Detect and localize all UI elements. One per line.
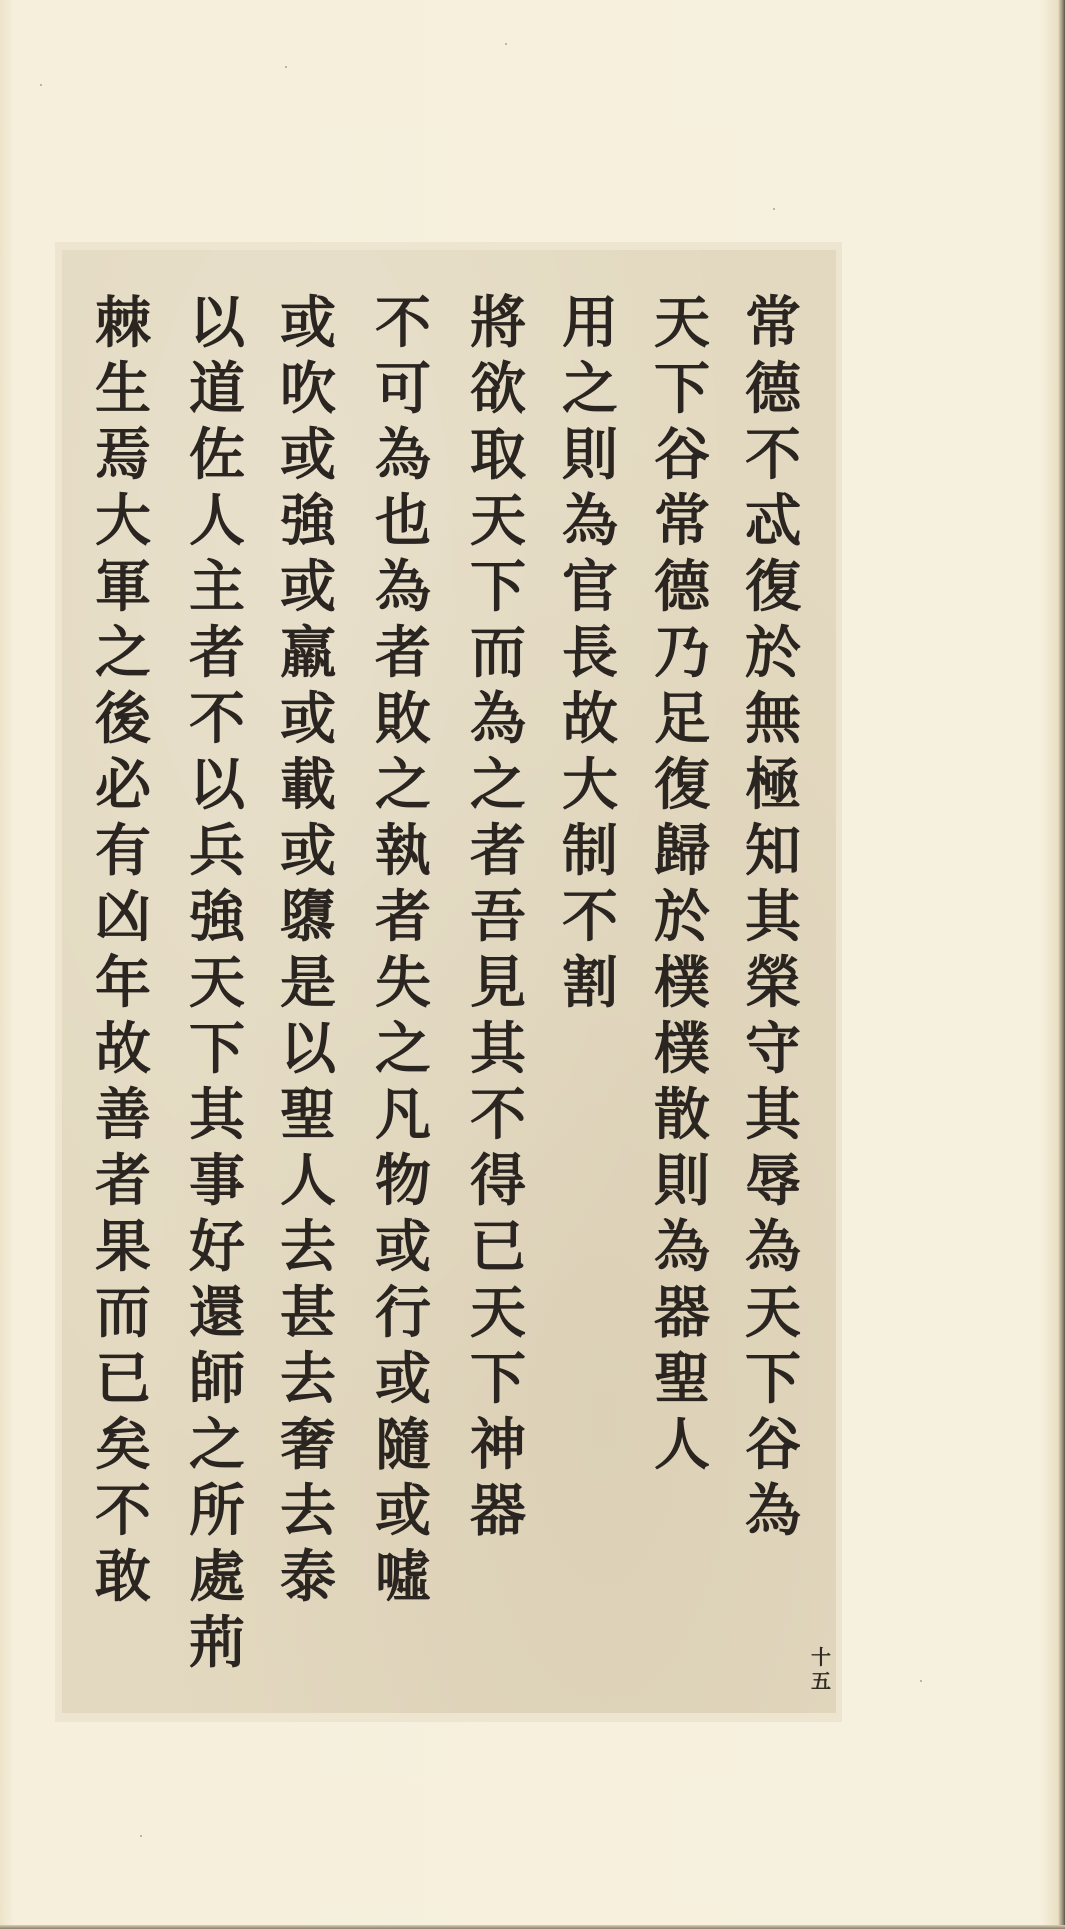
- calligraphy-character: 不: [366, 290, 440, 356]
- calligraphy-character: 善: [86, 1082, 160, 1148]
- calligraphy-character: 之: [366, 752, 440, 818]
- calligraphy-character: 者: [366, 884, 440, 950]
- calligraphy-character: 不: [461, 1082, 535, 1148]
- calligraphy-character: 將: [461, 290, 535, 356]
- calligraphy-character: 強: [180, 884, 254, 950]
- calligraphy-character: 或: [366, 1346, 440, 1412]
- calligraphy-character: 為: [553, 488, 627, 554]
- calligraphy-character: 常: [736, 290, 810, 356]
- calligraphy-character: 谷: [645, 422, 719, 488]
- calligraphy-character: 敢: [86, 1544, 160, 1610]
- calligraphy-character: 去: [271, 1478, 345, 1544]
- text-column-1: 常德不忒復於無極知其榮守其辱為天下谷為: [728, 290, 818, 1544]
- calligraphy-character: 好: [180, 1214, 254, 1280]
- paper-speck: [40, 84, 42, 86]
- text-column-4: 將欲取天下而為之者吾見其不得已天下神器: [453, 290, 543, 1544]
- calligraphy-character: 常: [645, 488, 719, 554]
- calligraphy-character: 之: [86, 620, 160, 686]
- calligraphy-character: 生: [86, 356, 160, 422]
- calligraphy-character: 噓: [366, 1544, 440, 1610]
- calligraphy-character: 後: [86, 686, 160, 752]
- calligraphy-character: 棘: [86, 290, 160, 356]
- calligraphy-character: 軍: [86, 554, 160, 620]
- calligraphy-character: 下: [180, 1016, 254, 1082]
- calligraphy-character: 德: [645, 554, 719, 620]
- calligraphy-character: 人: [271, 1148, 345, 1214]
- calligraphy-character: 故: [86, 1016, 160, 1082]
- calligraphy-character: 之: [461, 752, 535, 818]
- calligraphy-character: 事: [180, 1148, 254, 1214]
- calligraphy-character: 為: [461, 686, 535, 752]
- calligraphy-character: 人: [180, 488, 254, 554]
- calligraphy-character: 其: [461, 1016, 535, 1082]
- calligraphy-character: 榮: [736, 950, 810, 1016]
- calligraphy-character: 散: [645, 1082, 719, 1148]
- calligraphy-character: 下: [645, 356, 719, 422]
- calligraphy-character: 下: [461, 554, 535, 620]
- calligraphy-character: 以: [180, 752, 254, 818]
- calligraphy-character: 或: [271, 818, 345, 884]
- calligraphy-character: 下: [736, 1346, 810, 1412]
- paper-speck: [920, 1680, 922, 1682]
- calligraphy-character: 年: [86, 950, 160, 1016]
- calligraphy-character: 或: [271, 290, 345, 356]
- calligraphy-character: 德: [736, 356, 810, 422]
- calligraphy-character: 隳: [271, 884, 345, 950]
- calligraphy-character: 不: [553, 884, 627, 950]
- calligraphy-character: 欲: [461, 356, 535, 422]
- calligraphy-character: 必: [86, 752, 160, 818]
- page-number: 十五: [806, 1645, 836, 1693]
- text-column-8: 棘生焉大軍之後必有凶年故善者果而已矣不敢: [78, 290, 168, 1610]
- page-edge: [0, 1925, 1065, 1929]
- calligraphy-character: 天: [461, 488, 535, 554]
- calligraphy-character: 不: [86, 1478, 160, 1544]
- calligraphy-character: 奢: [271, 1412, 345, 1478]
- calligraphy-character: 所: [180, 1478, 254, 1544]
- calligraphy-character: 用: [553, 290, 627, 356]
- calligraphy-character: 以: [271, 1016, 345, 1082]
- calligraphy-character: 天: [645, 290, 719, 356]
- calligraphy-character: 辱: [736, 1148, 810, 1214]
- calligraphy-character: 師: [180, 1346, 254, 1412]
- calligraphy-character: 為: [366, 422, 440, 488]
- calligraphy-character: 故: [553, 686, 627, 752]
- calligraphy-character: 乃: [645, 620, 719, 686]
- calligraphy-character: 吹: [271, 356, 345, 422]
- calligraphy-character: 敗: [366, 686, 440, 752]
- text-column-3: 用之則為官長故大制不割: [545, 290, 635, 1016]
- calligraphy-character: 於: [736, 620, 810, 686]
- calligraphy-character: 聖: [271, 1082, 345, 1148]
- calligraphy-character: 是: [271, 950, 345, 1016]
- calligraphy-character: 者: [86, 1148, 160, 1214]
- calligraphy-character: 物: [366, 1148, 440, 1214]
- calligraphy-character: 行: [366, 1280, 440, 1346]
- calligraphy-character: 矣: [86, 1412, 160, 1478]
- calligraphy-character: 樸: [645, 1016, 719, 1082]
- calligraphy-character: 以: [180, 290, 254, 356]
- calligraphy-character: 無: [736, 686, 810, 752]
- calligraphy-character: 主: [180, 554, 254, 620]
- calligraphy-character: 之: [180, 1412, 254, 1478]
- calligraphy-character: 不: [736, 422, 810, 488]
- calligraphy-character: 聖: [645, 1346, 719, 1412]
- calligraphy-character: 官: [553, 554, 627, 620]
- calligraphy-character: 人: [645, 1412, 719, 1478]
- calligraphy-character: 泰: [271, 1544, 345, 1610]
- calligraphy-character: 極: [736, 752, 810, 818]
- calligraphy-character: 守: [736, 1016, 810, 1082]
- calligraphy-character: 者: [366, 620, 440, 686]
- calligraphy-character: 歸: [645, 818, 719, 884]
- calligraphy-character: 知: [736, 818, 810, 884]
- calligraphy-character: 樸: [645, 950, 719, 1016]
- calligraphy-character: 已: [461, 1214, 535, 1280]
- calligraphy-character: 天: [736, 1280, 810, 1346]
- calligraphy-character: 或: [271, 554, 345, 620]
- calligraphy-character: 復: [736, 554, 810, 620]
- calligraphy-character: 凡: [366, 1082, 440, 1148]
- calligraphy-character: 足: [645, 686, 719, 752]
- calligraphy-character: 而: [461, 620, 535, 686]
- calligraphy-character: 器: [461, 1478, 535, 1544]
- text-column-2: 天下谷常德乃足復歸於樸樸散則為器聖人: [637, 290, 727, 1478]
- calligraphy-character: 已: [86, 1346, 160, 1412]
- calligraphy-character: 其: [180, 1082, 254, 1148]
- calligraphy-character: 載: [271, 752, 345, 818]
- calligraphy-character: 羸: [271, 620, 345, 686]
- calligraphy-character: 則: [553, 422, 627, 488]
- page-number-character: 五: [811, 1669, 831, 1693]
- paper-speck: [773, 208, 775, 210]
- calligraphy-character: 則: [645, 1148, 719, 1214]
- calligraphy-character: 者: [461, 818, 535, 884]
- calligraphy-character: 也: [366, 488, 440, 554]
- calligraphy-character: 不: [180, 686, 254, 752]
- calligraphy-character: 或: [271, 686, 345, 752]
- calligraphy-character: 可: [366, 356, 440, 422]
- text-column-6: 或吹或強或羸或載或隳是以聖人去甚去奢去泰: [263, 290, 353, 1610]
- calligraphy-character: 或: [366, 1478, 440, 1544]
- calligraphy-character: 大: [553, 752, 627, 818]
- calligraphy-character: 神: [461, 1412, 535, 1478]
- paper-speck: [140, 1835, 142, 1837]
- calligraphy-character: 其: [736, 1082, 810, 1148]
- calligraphy-character: 天: [180, 950, 254, 1016]
- calligraphy-character: 或: [271, 422, 345, 488]
- calligraphy-character: 天: [461, 1280, 535, 1346]
- calligraphy-character: 有: [86, 818, 160, 884]
- calligraphy-character: 道: [180, 356, 254, 422]
- calligraphy-character: 者: [180, 620, 254, 686]
- calligraphy-character: 強: [271, 488, 345, 554]
- calligraphy-character: 隨: [366, 1412, 440, 1478]
- calligraphy-character: 忒: [736, 488, 810, 554]
- calligraphy-character: 或: [366, 1214, 440, 1280]
- calligraphy-character: 佐: [180, 422, 254, 488]
- calligraphy-character: 於: [645, 884, 719, 950]
- calligraphy-character: 割: [553, 950, 627, 1016]
- calligraphy-character: 下: [461, 1346, 535, 1412]
- calligraphy-character: 執: [366, 818, 440, 884]
- calligraphy-character: 兵: [180, 818, 254, 884]
- calligraphy-character: 焉: [86, 422, 160, 488]
- calligraphy-character: 長: [553, 620, 627, 686]
- calligraphy-character: 為: [366, 554, 440, 620]
- calligraphy-character: 甚: [271, 1280, 345, 1346]
- calligraphy-character: 谷: [736, 1412, 810, 1478]
- calligraphy-character: 去: [271, 1346, 345, 1412]
- calligraphy-character: 處: [180, 1544, 254, 1610]
- text-column-5: 不可為也為者敗之執者失之凡物或行或隨或噓: [358, 290, 448, 1610]
- calligraphy-character: 其: [736, 884, 810, 950]
- album-page: 常德不忒復於無極知其榮守其辱為天下谷為 天下谷常德乃足復歸於樸樸散則為器聖人 用…: [0, 0, 1065, 1929]
- calligraphy-character: 還: [180, 1280, 254, 1346]
- calligraphy-character: 取: [461, 422, 535, 488]
- calligraphy-character: 得: [461, 1148, 535, 1214]
- calligraphy-character: 失: [366, 950, 440, 1016]
- calligraphy-character: 復: [645, 752, 719, 818]
- calligraphy-character: 荊: [180, 1610, 254, 1676]
- calligraphy-character: 果: [86, 1214, 160, 1280]
- calligraphy-character: 吾: [461, 884, 535, 950]
- calligraphy-character: 器: [645, 1280, 719, 1346]
- calligraphy-character: 之: [553, 356, 627, 422]
- calligraphy-character: 為: [645, 1214, 719, 1280]
- page-number-character: 十: [811, 1645, 831, 1669]
- calligraphy-character: 見: [461, 950, 535, 1016]
- calligraphy-character: 為: [736, 1478, 810, 1544]
- calligraphy-character: 之: [366, 1016, 440, 1082]
- calligraphy-character: 而: [86, 1280, 160, 1346]
- paper-speck: [505, 43, 507, 45]
- calligraphy-character: 凶: [86, 884, 160, 950]
- calligraphy-character: 制: [553, 818, 627, 884]
- calligraphy-character: 為: [736, 1214, 810, 1280]
- calligraphy-character: 大: [86, 488, 160, 554]
- paper-speck: [285, 66, 287, 68]
- text-column-7: 以道佐人主者不以兵強天下其事好還師之所處荊: [172, 290, 262, 1676]
- calligraphy-character: 去: [271, 1214, 345, 1280]
